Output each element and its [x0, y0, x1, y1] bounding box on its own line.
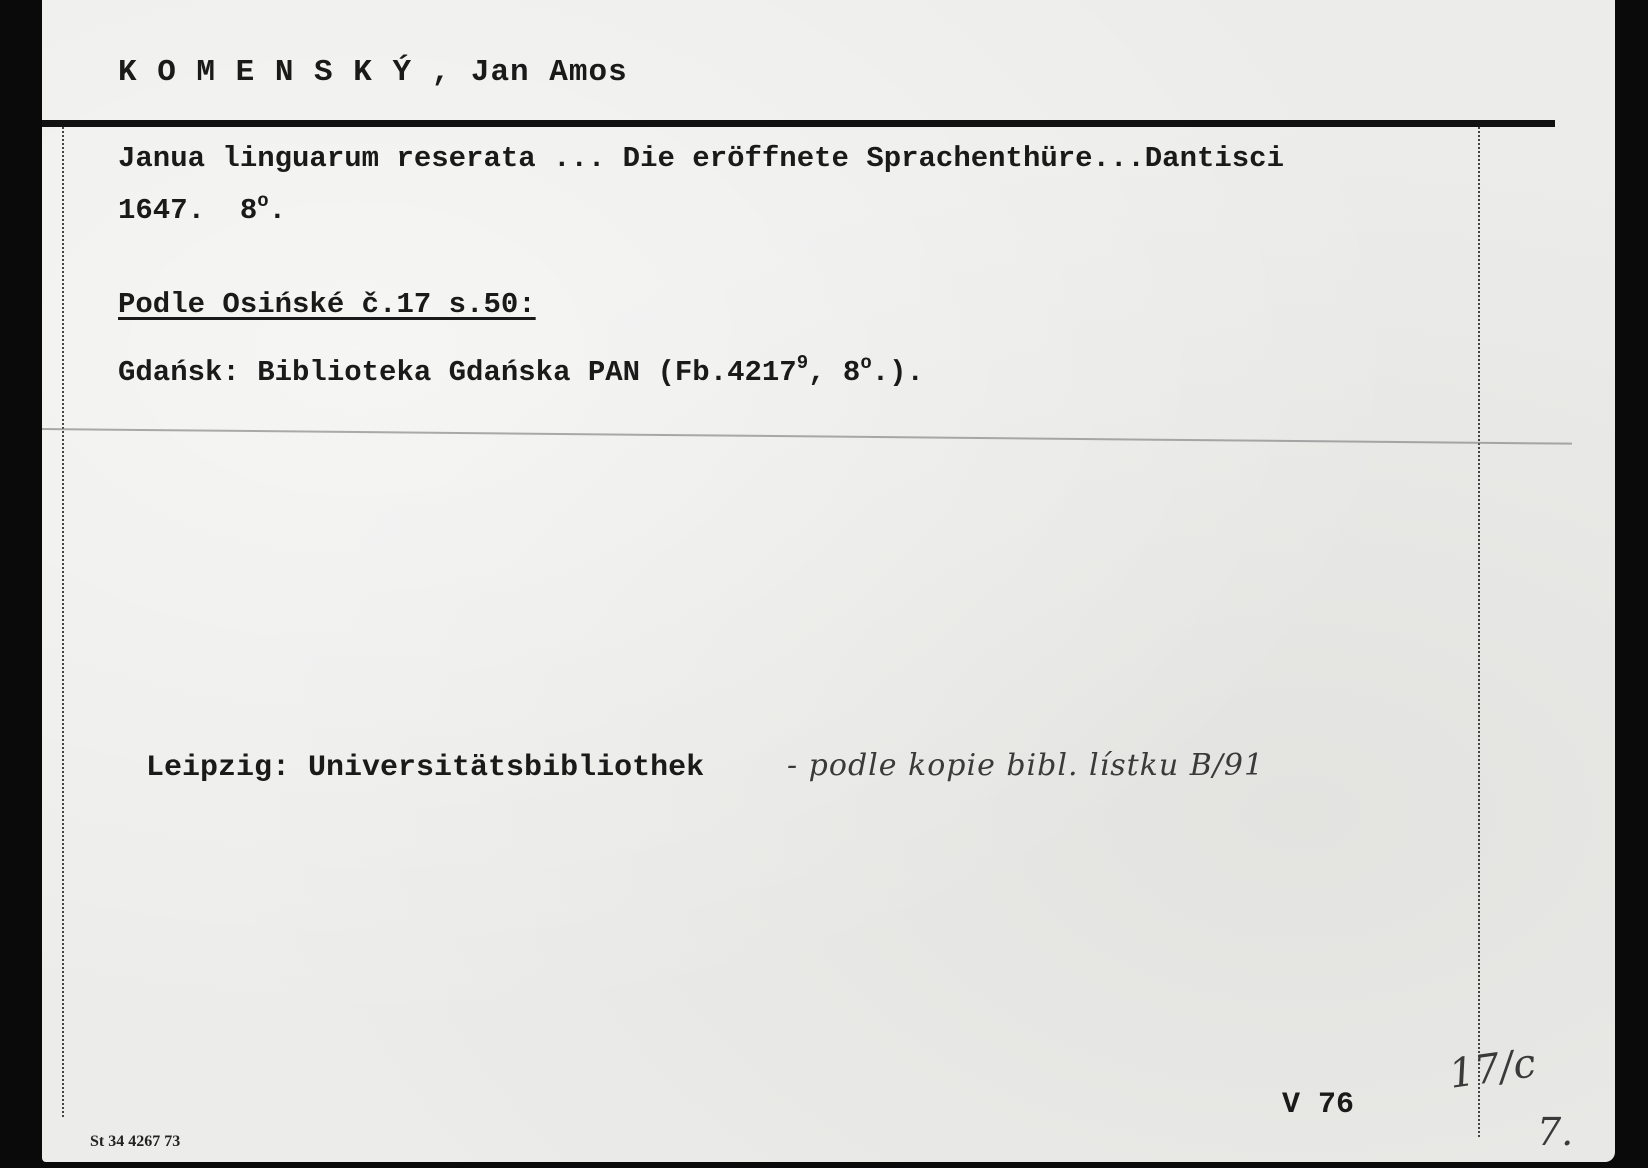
location-format: , 8	[808, 356, 860, 389]
heading-rule	[42, 120, 1555, 127]
year: 1647.	[118, 194, 205, 227]
format: 8	[240, 194, 257, 227]
location-gdansk: Gdańsk: Biblioteka Gdańska PAN (Fb.42179…	[118, 352, 924, 389]
handwritten-corner-mark: 17/c	[1446, 1040, 1538, 1098]
source-reference: Podle Osińské č.17 s.50:	[118, 288, 536, 321]
printer-mark: St 34 4267 73	[90, 1133, 180, 1151]
right-margin-dotted-line	[1478, 127, 1480, 1137]
location-sup: 9	[797, 352, 808, 374]
catalog-card: K O M E N S K Ý , Jan Amos Janua linguar…	[42, 0, 1615, 1162]
location-end: .).	[872, 356, 924, 389]
format-end: .	[269, 194, 286, 227]
shelfmark: V 76	[1282, 1088, 1354, 1122]
location-format-degree: o	[860, 352, 871, 374]
left-margin-dotted-line	[62, 127, 64, 1117]
location-leipzig: Leipzig: Universitätsbibliothek	[146, 751, 704, 785]
location-text: Gdańsk: Biblioteka Gdańska PAN (Fb.4217	[118, 356, 797, 389]
imprint-line: 1647. 8o.	[118, 190, 286, 227]
title-line: Janua linguarum reserata ... Die eröffne…	[118, 142, 1284, 175]
handwritten-number: 7.	[1537, 1110, 1573, 1154]
format-degree: o	[257, 190, 268, 212]
handwritten-note: - podle kopie bibl. lístku B/91	[787, 748, 1264, 783]
card-fold-line	[42, 428, 1572, 445]
author-heading: K O M E N S K Ý , Jan Amos	[118, 55, 628, 90]
